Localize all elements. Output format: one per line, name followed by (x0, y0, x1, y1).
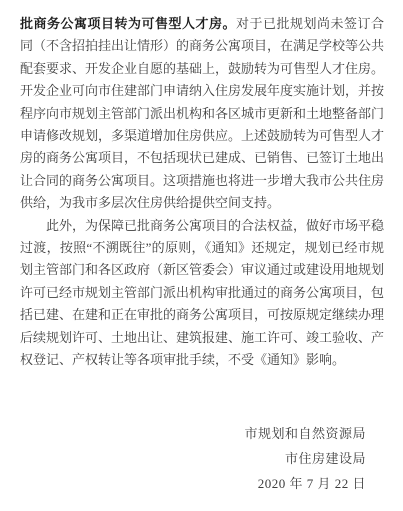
signature-date: 2020 年 7 月 22 日 (0, 472, 366, 497)
paragraph-2-text: 此外，为保障已批商务公寓项目的合法权益，做好市场平稳过渡，按照“不溯既往”的原则… (20, 218, 384, 367)
paragraph-1-text: 对于已批规划尚未签订合同（不含招拍挂出让情形）的商务公寓项目，在满足学校等公共配… (20, 16, 384, 210)
document-body: 批商务公寓项目转为可售型人才房。对于已批规划尚未签订合同（不含招拍挂出让情形）的… (20, 13, 384, 372)
paragraph-2: 此外，为保障已批商务公寓项目的合法权益，做好市场平稳过渡，按照“不溯既往”的原则… (20, 215, 384, 372)
document-page: 批商务公寓项目转为可售型人才房。对于已批规划尚未签订合同（不含招拍挂出让情形）的… (0, 0, 403, 511)
paragraph-1: 批商务公寓项目转为可售型人才房。对于已批规划尚未签订合同（不含招拍挂出让情形）的… (20, 13, 384, 215)
signature-org-1: 市规划和自然资源局 (0, 422, 366, 447)
signature-org-2: 市住房建设局 (0, 447, 366, 472)
paragraph-1-bold-lead: 批商务公寓项目转为可售型人才房。 (20, 16, 236, 31)
signature-block: 市规划和自然资源局 市住房建设局 2020 年 7 月 22 日 (0, 422, 366, 496)
